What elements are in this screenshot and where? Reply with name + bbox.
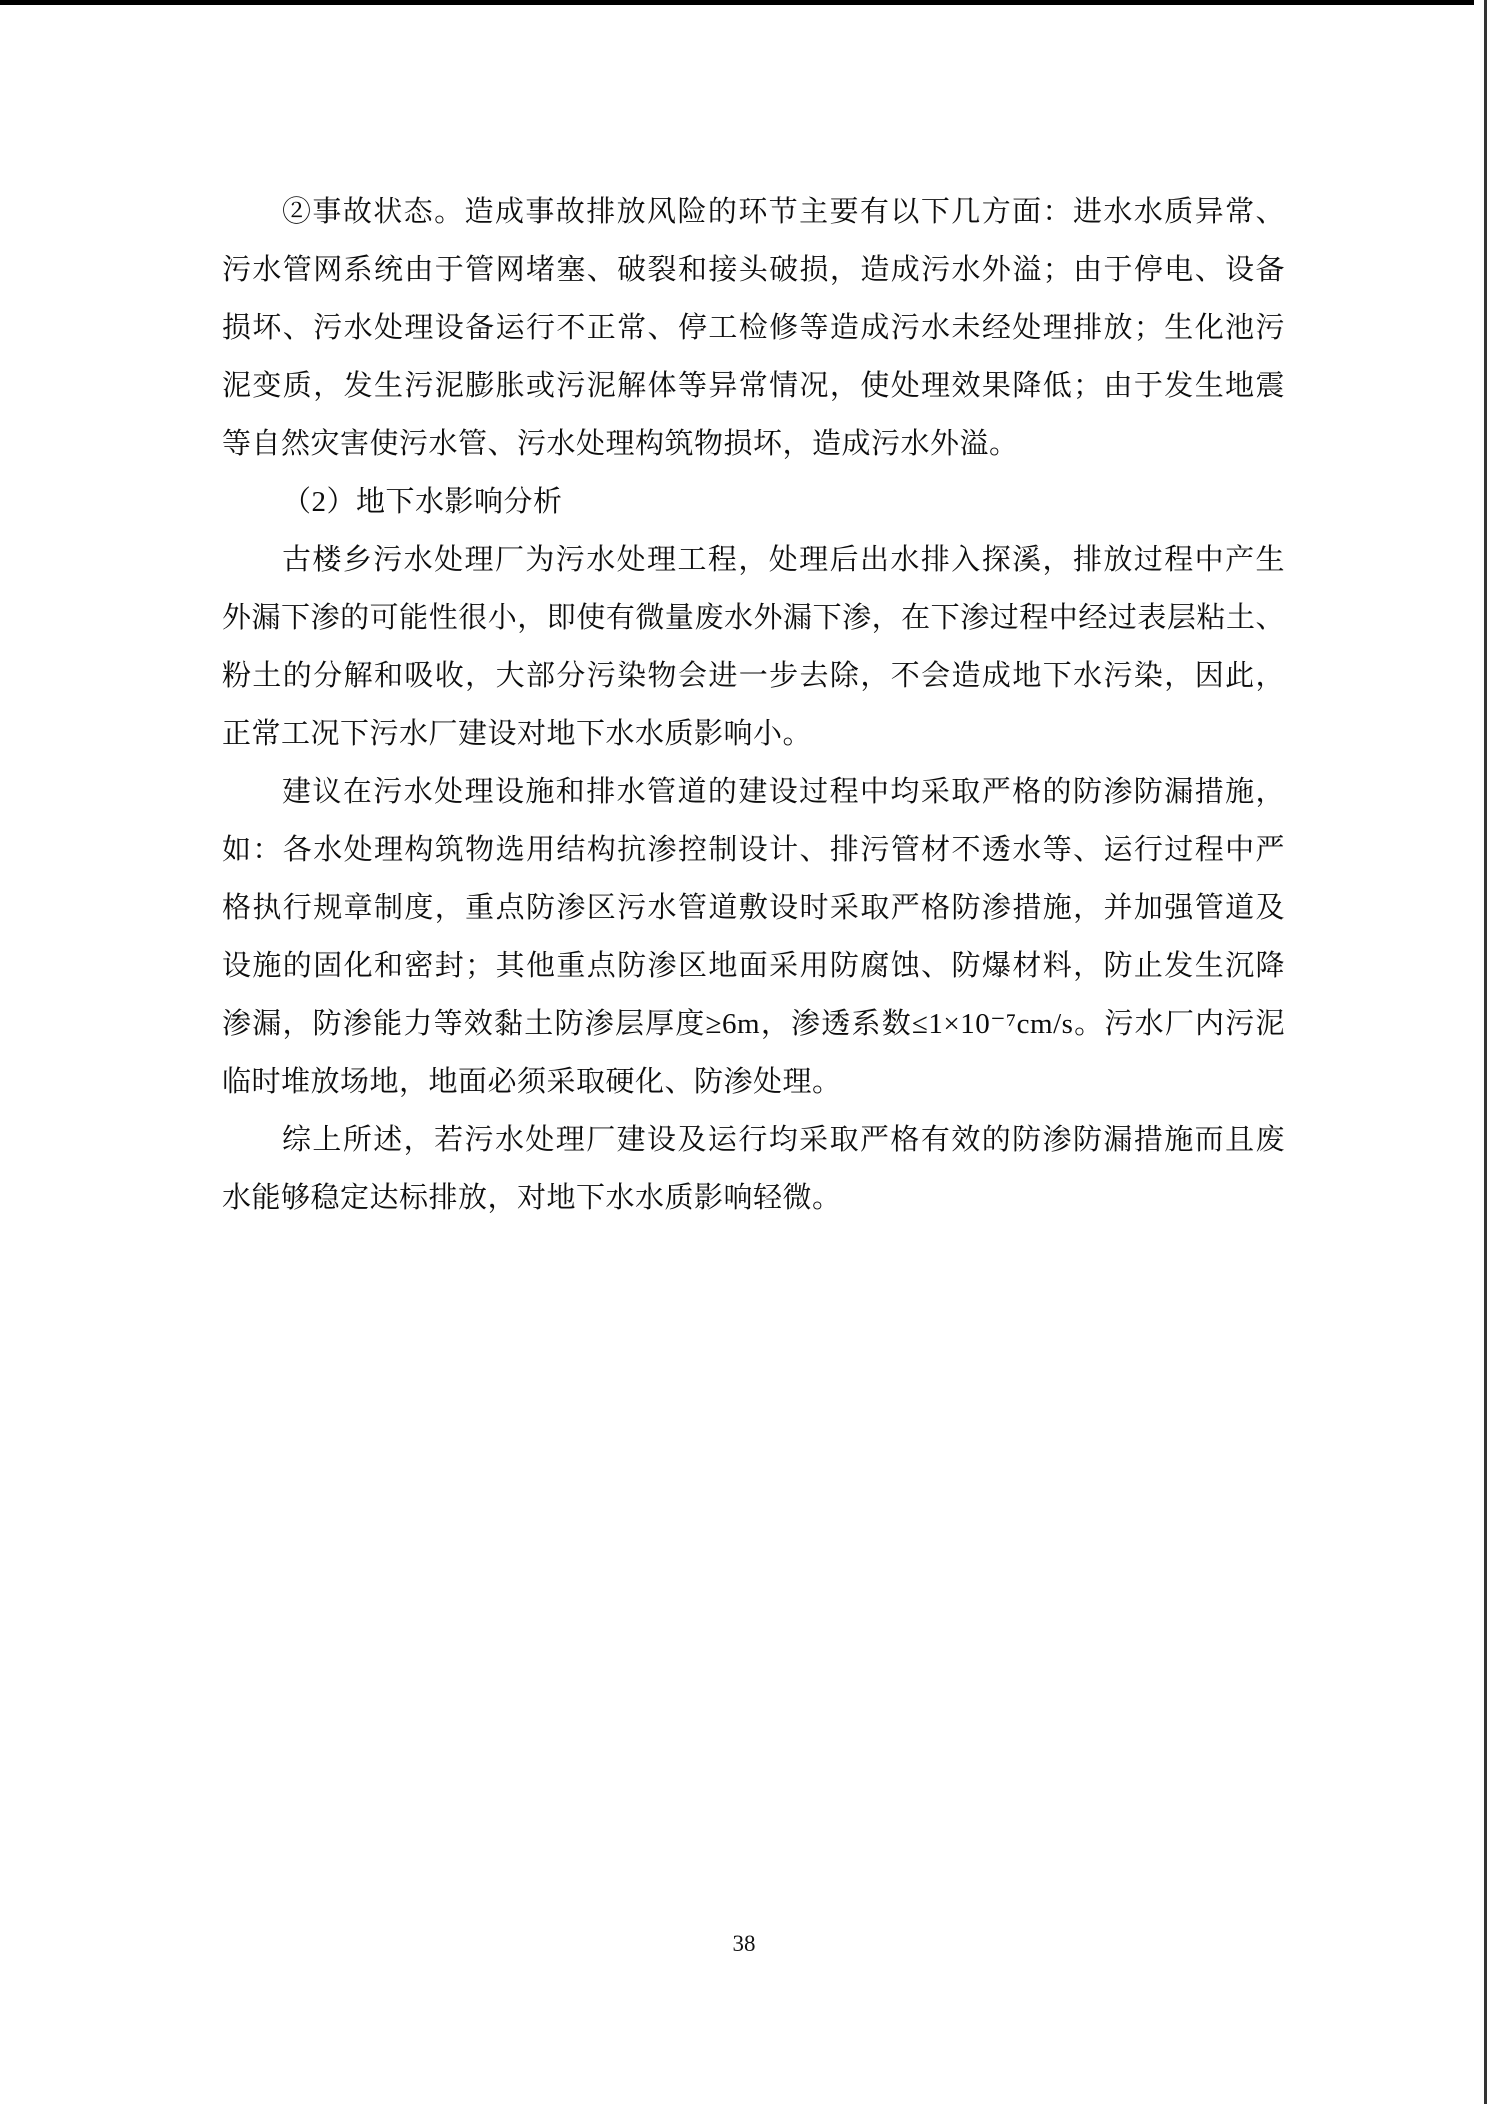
text-line: 水能够稳定达标排放，对地下水水质影响轻微。	[222, 1169, 1285, 1227]
text-line: 建议在污水处理设施和排水管道的建设过程中均采取严格的防渗防漏措施，	[222, 763, 1285, 821]
text-line: 综上所述，若污水处理厂建设及运行均采取严格有效的防渗防漏措施而且废	[222, 1111, 1285, 1169]
text-line: 如：各水处理构筑物选用结构抗渗控制设计、排污管材不透水等、运行过程中严	[222, 821, 1285, 879]
page-number: 38	[0, 1928, 1488, 1960]
document-body: ②事故状态。造成事故排放风险的环节主要有以下几方面：进水水质异常、 污水管网系统…	[222, 183, 1285, 1227]
text-line: 临时堆放场地，地面必须采取硬化、防渗处理。	[222, 1053, 1285, 1111]
text-line: 古楼乡污水处理厂为污水处理工程，处理后出水排入探溪，排放过程中产生	[222, 531, 1285, 589]
text-line: 设施的固化和密封；其他重点防渗区地面采用防腐蚀、防爆材料，防止发生沉降	[222, 937, 1285, 995]
text-line: 格执行规章制度，重点防渗区污水管道敷设时采取严格防渗措施，并加强管道及	[222, 879, 1285, 937]
text-line: 正常工况下污水厂建设对地下水水质影响小。	[222, 705, 1285, 763]
text-line: 损坏、污水处理设备运行不正常、停工检修等造成污水未经处理排放；生化池污	[222, 299, 1285, 357]
text-line: 等自然灾害使污水管、污水处理构筑物损坏，造成污水外溢。	[222, 415, 1285, 473]
text-line: 污水管网系统由于管网堵塞、破裂和接头破损，造成污水外溢；由于停电、设备	[222, 241, 1285, 299]
section-heading: （2）地下水影响分析	[222, 473, 1285, 531]
text-line: 粉土的分解和吸收，大部分污染物会进一步去除，不会造成地下水污染，因此，	[222, 647, 1285, 705]
scan-border-right	[1484, 0, 1487, 2104]
text-line: 外漏下渗的可能性很小，即使有微量废水外漏下渗，在下渗过程中经过表层粘土、	[222, 589, 1285, 647]
text-line: ②事故状态。造成事故排放风险的环节主要有以下几方面：进水水质异常、	[222, 183, 1285, 241]
scan-border-top	[0, 0, 1474, 5]
text-line: 泥变质，发生污泥膨胀或污泥解体等异常情况，使处理效果降低；由于发生地震	[222, 357, 1285, 415]
text-line: 渗漏，防渗能力等效黏土防渗层厚度≥6m，渗透系数≤1×10⁻⁷cm/s。污水厂内…	[222, 995, 1285, 1053]
